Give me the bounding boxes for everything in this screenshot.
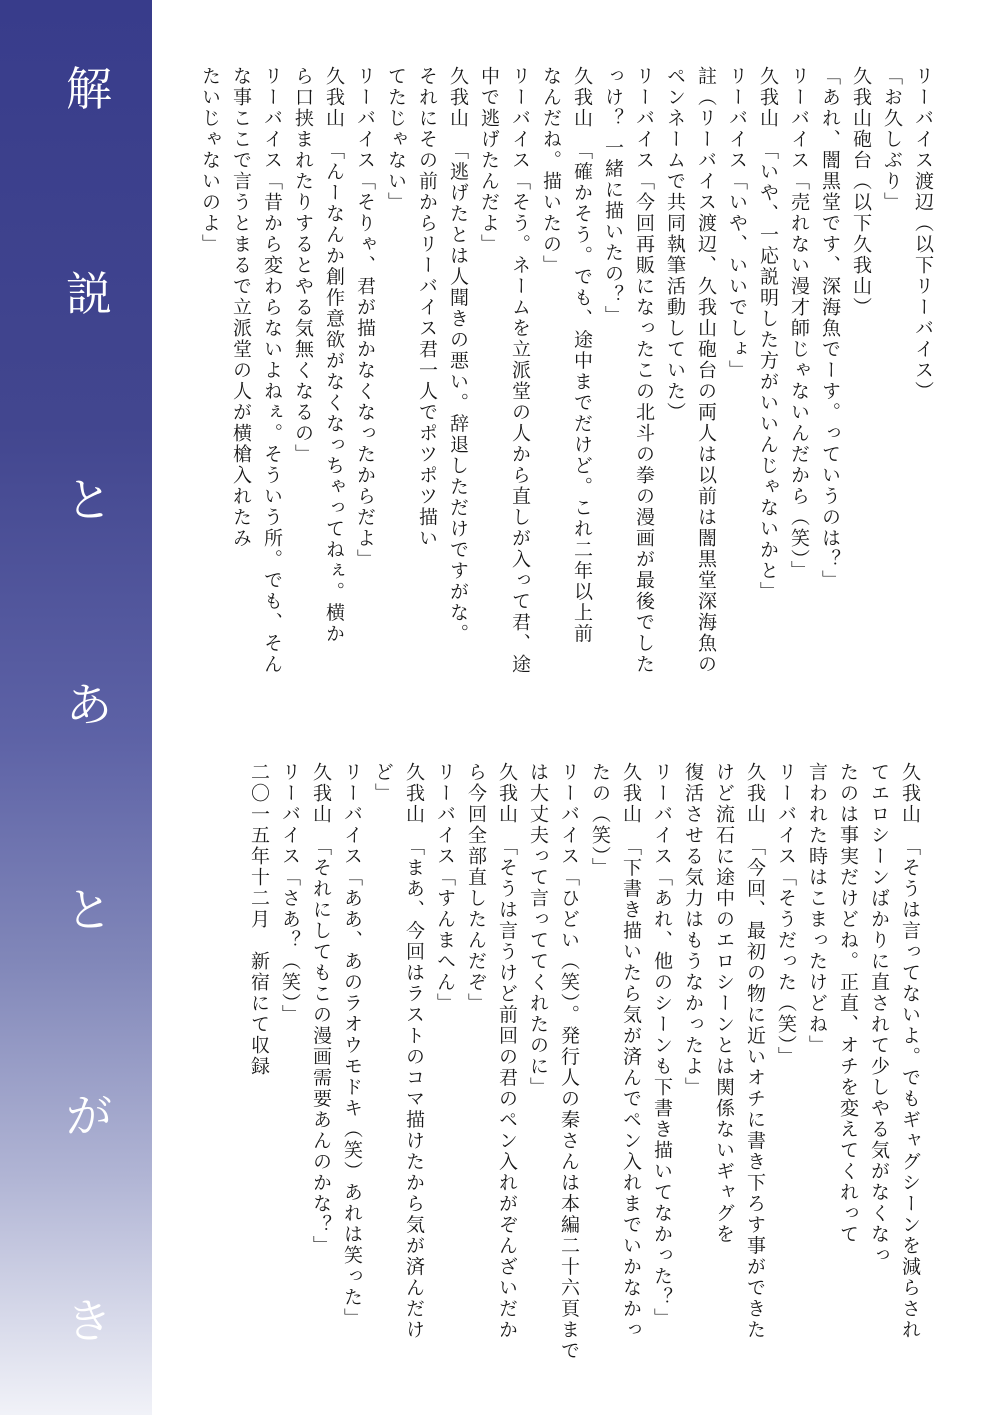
- title-gradient-band: 解説とあとがき: [0, 0, 152, 1415]
- dialogue-line: 久我山 「確かそう。でも、途中までだけど。これ二年以上前: [566, 66, 597, 716]
- dialogue-line: リーバイス「そりゃ、君が描かなくなったからだよ」: [349, 66, 380, 716]
- dialogue-line: リーバイス「さあ？（笑）」: [274, 762, 305, 1412]
- dialogue-line: リーバイス「あれ、他のシーンも下書き描いてなかった？」: [646, 762, 677, 1412]
- vertical-page-title: 解説とあとがき: [64, 66, 114, 1344]
- dialogue-line: 「あれ、闇黒堂です、深海魚でーす。っていうのは？」: [814, 66, 845, 716]
- title-char: あ: [66, 682, 112, 728]
- dialogue-line: リーバイス「そうだった（笑）」: [770, 762, 801, 1412]
- recording-date-line: 二〇一五年十二月 新宿にて収録: [243, 762, 274, 1412]
- dialogue-line: 言われた時はこまったけどね」: [801, 762, 832, 1412]
- dialogue-line: っけ？ 一緒に描いたの？」: [597, 66, 628, 716]
- dialogue-line: ペンネームで共同執筆活動していた）: [659, 66, 690, 716]
- dialogue-line: 久我山 「いや、一応説明した方がいいんじゃないかと」: [752, 66, 783, 716]
- dialogue-line: たいじゃないのよ」: [194, 66, 225, 716]
- dialogue-line: ど」: [367, 762, 398, 1412]
- dialogue-line: ら今回全部直したんだぞ」: [460, 762, 491, 1412]
- dialogue-line: 久我山 「んーなんか創作意欲がなくなっちゃってねぇ。横か: [318, 66, 349, 716]
- title-char: き: [66, 1298, 112, 1344]
- dialogue-line: 註（リーバイス渡辺、久我山砲台の両人は以前は闇黒堂深海魚の: [690, 66, 721, 716]
- dialogue-line: リーバイス「そう。ネームを立派堂の人から直しが入って君、途: [504, 66, 535, 716]
- dialogue-line: 久我山 「逃げたとは人聞きの悪い。辞退しただけですがな。: [442, 66, 473, 716]
- dialogue-line: 久我山 「それにしてもこの漫画需要あんのかな？」: [305, 762, 336, 1412]
- dialogue-line: リーバイス「ああ、あのラオウモドキ（笑）あれは笑った」: [336, 762, 367, 1412]
- dialogue-line: リーバイス「ひどい（笑）。発行人の秦さんは本編二十六頁まで: [553, 762, 584, 1412]
- dialogue-line: 久我山 「そうは言うけど前回の君のペン入れがぞんざいだか: [491, 762, 522, 1412]
- dialogue-line: 中で逃げたんだよ」: [473, 66, 504, 716]
- dialogue-line: 久我山 「そうは言ってないよ。でもギャグシーンを減らされ: [894, 762, 925, 1412]
- afterword-page: 解説とあとがき リーバイス渡辺（以下リーバイス）「お久しぶり」久我山砲台（以下久…: [0, 0, 1000, 1415]
- title-char: が: [66, 1093, 112, 1139]
- title-char: 解: [66, 66, 112, 112]
- dialogue-line: 久我山砲台（以下久我山）: [845, 66, 876, 716]
- title-char: 説: [66, 271, 112, 317]
- dialogue-line: 久我山 「下書き描いたら気が済んでペン入れまでいかなかっ: [615, 762, 646, 1412]
- dialogue-line: 「お久しぶり」: [876, 66, 907, 716]
- dialogue-line: てエロシーンばかりに直されて少しやる気がなくなっ: [863, 762, 894, 1412]
- dialogue-line: ら口挟まれたりするとやる気無くなるの」: [287, 66, 318, 716]
- title-char: と: [66, 477, 112, 523]
- dialogue-line: それにその前からリーバイス君一人でポツポツ描い: [411, 66, 442, 716]
- dialogue-line: リーバイス「すんまへん」: [429, 762, 460, 1412]
- dialogue-line: なんだね。描いたの」: [535, 66, 566, 716]
- dialogue-line: な事ここで言うとまるで立派堂の人が横槍入れたみ: [225, 66, 256, 716]
- dialogue-line: たのは事実だけどね。正直、オチを変えてくれって: [832, 762, 863, 1412]
- dialogue-line: けど流石に途中のエロシーンとは関係ないギャグを: [708, 762, 739, 1412]
- dialogue-line: リーバイス「いや、いいでしょ」: [721, 66, 752, 716]
- dialogue-line: 久我山 「今回、最初の物に近いオチに書き下ろす事ができた: [739, 762, 770, 1412]
- dialogue-line: リーバイス「今回再販になったこの北斗の拳の漫画が最後でした: [628, 66, 659, 716]
- dialogue-line: たの（笑）」: [584, 762, 615, 1412]
- dialogue-line: リーバイス「昔から変わらないよねぇ。そういう所。でも、そん: [256, 66, 287, 716]
- dialogue-line: 久我山 「まあ、今回はラストのコマ描けたから気が済んだけ: [398, 762, 429, 1412]
- dialogue-line: リーバイス「売れない漫才師じゃないんだから（笑）」: [783, 66, 814, 716]
- dialogue-line: てたじゃない」: [380, 66, 411, 716]
- dialogue-section-top: リーバイス渡辺（以下リーバイス）「お久しぶり」久我山砲台（以下久我山）「あれ、闇…: [194, 66, 938, 716]
- dialogue-line: は大丈夫って言っててくれたのに」: [522, 762, 553, 1412]
- dialogue-line: 復活させる気力はもうなかったよ」: [677, 762, 708, 1412]
- dialogue-section-bottom: 久我山 「そうは言ってないよ。でもギャグシーンを減らされてエロシーンばかりに直さ…: [243, 762, 925, 1412]
- title-char: と: [66, 887, 112, 933]
- dialogue-line: リーバイス渡辺（以下リーバイス）: [907, 66, 938, 716]
